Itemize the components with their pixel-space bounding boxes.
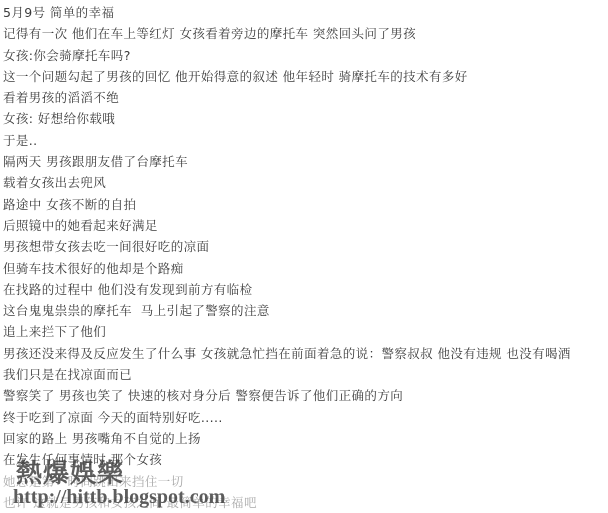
story-line: 在找路的过程中 他们没有发现到前方有临检 (3, 279, 605, 300)
story-line: 这台鬼鬼祟祟的摩托车 马上引起了警察的注意 (3, 300, 605, 321)
story-line: 女孩: 好想给你载哦 (3, 108, 605, 129)
story-line: 终于吃到了凉面 今天的面特别好吃..... (3, 407, 605, 428)
story-line: 警察笑了 男孩也笑了 快速的核对身分后 警察便告诉了他们正确的方向 (3, 385, 605, 406)
story-line: 男孩还没来得及反应发生了什么事 女孩就急忙挡在前面着急的说：警察叔叔 他没有违规… (3, 343, 605, 364)
story-line: 后照镜中的她看起来好满足 (3, 215, 605, 236)
story-text-block: 5月9号 简单的幸福记得有一次 他们在车上等红灯 女孩看着旁边的摩托车 突然回头… (3, 2, 605, 513)
page-title: 5月9号 简单的幸福 (3, 2, 605, 23)
story-line: 载着女孩出去兜风 (3, 172, 605, 193)
story-line: 于是.. (3, 130, 605, 151)
story-line: 但骑车技术很好的他却是个路痴 (3, 258, 605, 279)
watermark-url: http://hittb.blogspot.com (13, 486, 225, 509)
story-line: 记得有一次 他们在车上等红灯 女孩看着旁边的摩托车 突然回头问了男孩 (3, 23, 605, 44)
story-line: 看着男孩的滔滔不绝 (3, 87, 605, 108)
story-line: 我们只是在找凉面而已 (3, 364, 605, 385)
story-line: 女孩:你会骑摩托车吗? (3, 45, 605, 66)
story-line: 追上来拦下了他们 (3, 321, 605, 342)
story-line: 这一个问题勾起了男孩的回忆 他开始得意的叙述 他年轻时 骑摩托车的技术有多好 (3, 66, 605, 87)
story-line: 回家的路上 男孩嘴角不自觉的上扬 (3, 428, 605, 449)
story-line: 男孩想带女孩去吃一间很好吃的凉面 (3, 236, 605, 257)
story-line: 路途中 女孩不断的自拍 (3, 194, 605, 215)
watermark-brand: 熱爆娛樂 (16, 453, 124, 490)
story-line: 隔两天 男孩跟朋友借了台摩托车 (3, 151, 605, 172)
